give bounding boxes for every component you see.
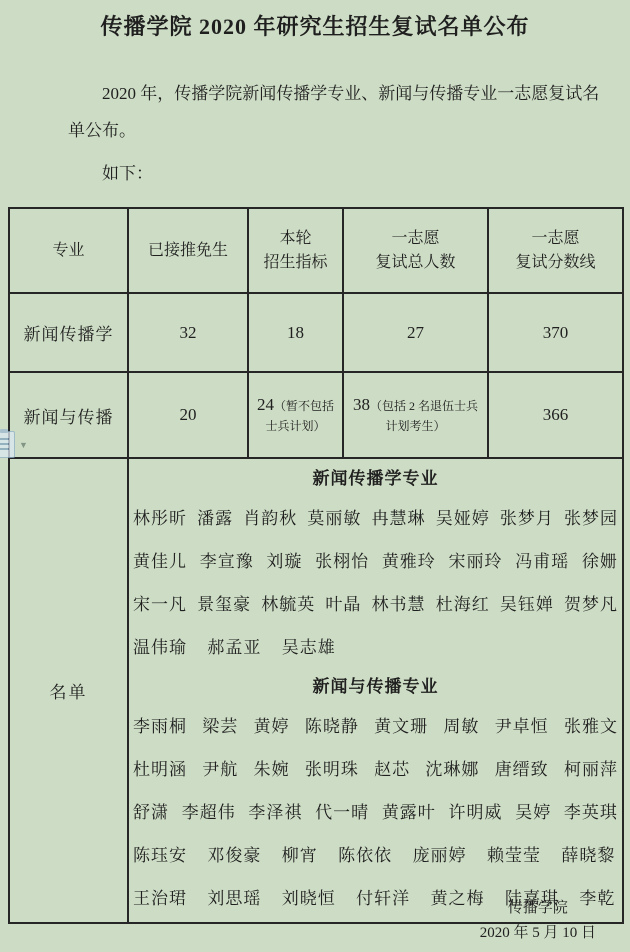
- person-name: 吴娅婷: [436, 497, 490, 540]
- col-header-accepted: 已接推免生: [128, 208, 248, 293]
- intro-follow-text: 如下：: [68, 159, 608, 189]
- person-name: 贺梦凡: [564, 583, 618, 626]
- person-name: 张梦月: [500, 497, 554, 540]
- person-name: 张明珠: [305, 748, 359, 791]
- person-name: 林书慧: [372, 583, 426, 626]
- document-page: { "page": { "background_color": "#cddcc4…: [0, 0, 630, 952]
- chevron-down-icon: ▼: [19, 440, 28, 450]
- person-name: 黄佳儿: [133, 540, 187, 583]
- person-name: 吴志雄: [282, 626, 336, 669]
- table-header-row: 专业 已接推免生 本轮 招生指标 一志愿 复试总人数 一志愿 复试分数线: [9, 208, 623, 293]
- col-header-score: 一志愿 复试分数线: [488, 208, 623, 293]
- person-name: 黄雅玲: [382, 540, 436, 583]
- person-name: 肖韵秋: [243, 497, 297, 540]
- person-name: 张栩怡: [315, 540, 369, 583]
- person-name: 叶晶: [325, 583, 361, 626]
- person-name: 沈琳娜: [425, 748, 479, 791]
- person-name: 李雨桐: [133, 705, 187, 748]
- table-row: 新闻与传播 20 24（暂不包括士兵计划） 38（包括 2 名退伍士兵计划考生）…: [9, 372, 623, 458]
- person-name: 冯甫瑶: [515, 540, 569, 583]
- person-name: 宋一凡: [133, 583, 187, 626]
- person-name: 徐姗: [582, 540, 618, 583]
- person-name: 吴钰婵: [500, 583, 554, 626]
- total-count: 38（包括 2 名退伍士兵计划考生）: [343, 372, 488, 458]
- person-name: 舒潇: [133, 791, 169, 834]
- person-name: 张雅文: [564, 705, 618, 748]
- person-name: 陈依依: [338, 834, 392, 877]
- person-name: 刘璇: [266, 540, 302, 583]
- accepted-count: 32: [128, 293, 248, 372]
- name-line: 黄佳儿李宣豫刘璇张栩怡黄雅玲宋丽玲冯甫瑶徐姗: [133, 540, 618, 583]
- person-name: 李英琪: [564, 791, 618, 834]
- person-name: 郝孟亚: [207, 626, 261, 669]
- name-line: 陈珏安邓俊豪柳宵陈依依庞丽婷赖莹莹薛晓黎: [133, 834, 618, 877]
- name-line: 温伟瑜郝孟亚吴志雄: [133, 626, 618, 669]
- person-name: 潘露: [197, 497, 233, 540]
- person-name: 李泽祺: [248, 791, 302, 834]
- table-row: 新闻传播学 32 18 27 370: [9, 293, 623, 372]
- person-name: 梁芸: [202, 705, 238, 748]
- person-name: 宋丽玲: [449, 540, 503, 583]
- person-name: 唐缙致: [495, 748, 549, 791]
- total-number: 38: [353, 395, 370, 414]
- admission-table: 专业 已接推免生 本轮 招生指标 一志愿 复试总人数 一志愿 复试分数线 新闻传…: [8, 207, 624, 924]
- section-title: 新闻传播学专业: [133, 461, 618, 497]
- person-name: 黄之梅: [431, 877, 485, 920]
- col-header-total: 一志愿 复试总人数: [343, 208, 488, 293]
- person-name: 薛晓黎: [561, 834, 615, 877]
- signature-org: 传播学院: [480, 896, 596, 921]
- person-name: 黄婷: [254, 705, 290, 748]
- name-list-row: 名单 新闻传播学专业林彤昕潘露肖韵秋莫丽敏冉慧琳吴娅婷张梦月张梦园黄佳儿李宣豫刘…: [9, 458, 623, 923]
- quota-count: 24（暂不包括士兵计划）: [248, 372, 343, 458]
- page-title: 传播学院 2020 年研究生招生复试名单公布: [6, 10, 624, 41]
- person-name: 黄文珊: [374, 705, 428, 748]
- person-name: 景玺豪: [197, 583, 251, 626]
- col-header-quota: 本轮 招生指标: [248, 208, 343, 293]
- person-name: 林毓英: [261, 583, 315, 626]
- name-line: 林彤昕潘露肖韵秋莫丽敏冉慧琳吴娅婷张梦月张梦园: [133, 497, 618, 540]
- person-name: 朱婉: [254, 748, 290, 791]
- accepted-count: 20: [128, 372, 248, 458]
- person-name: 张梦园: [564, 497, 618, 540]
- person-name: 温伟瑜: [133, 626, 187, 669]
- paste-options-button[interactable]: ▼: [0, 431, 28, 458]
- person-name: 林彤昕: [133, 497, 187, 540]
- intro-paragraph: 2020 年，传播学院新闻传播学专业、新闻与传播专业一志愿复试名单公布。: [68, 75, 608, 149]
- section-title: 新闻与传播专业: [133, 669, 618, 705]
- person-name: 尹卓恒: [495, 705, 549, 748]
- person-name: 陈晓静: [305, 705, 359, 748]
- person-name: 许明威: [449, 791, 503, 834]
- person-name: 黄露叶: [382, 791, 436, 834]
- person-name: 赵芯: [374, 748, 410, 791]
- name-sections: 新闻传播学专业林彤昕潘露肖韵秋莫丽敏冉慧琳吴娅婷张梦月张梦园黄佳儿李宣豫刘璇张栩…: [128, 458, 623, 923]
- person-name: 莫丽敏: [307, 497, 361, 540]
- score-line: 370: [488, 293, 623, 372]
- signature-block: 传播学院 2020 年 5 月 10 日: [480, 896, 596, 946]
- major-name: 新闻传播学: [9, 293, 128, 372]
- person-name: 柯丽萍: [564, 748, 618, 791]
- person-name: 陈珏安: [133, 834, 187, 877]
- name-line: 舒潇李超伟李泽祺代一晴黄露叶许明威吴婷李英琪: [133, 791, 618, 834]
- person-name: 冉慧琳: [372, 497, 426, 540]
- person-name: 刘思瑶: [207, 877, 261, 920]
- person-name: 李宣豫: [200, 540, 254, 583]
- person-name: 王治珺: [133, 877, 187, 920]
- total-note: （包括 2 名退伍士兵计划考生）: [370, 399, 478, 433]
- quota-note: （暂不包括士兵计划）: [265, 399, 334, 433]
- person-name: 柳宵: [282, 834, 318, 877]
- person-name: 吴婷: [515, 791, 551, 834]
- person-name: 尹航: [202, 748, 238, 791]
- person-name: 周敏: [443, 705, 479, 748]
- person-name: 杜海红: [436, 583, 490, 626]
- name-line: 宋一凡景玺豪林毓英叶晶林书慧杜海红吴钰婵贺梦凡: [133, 583, 618, 626]
- name-line: 李雨桐梁芸黄婷陈晓静黄文珊周敏尹卓恒张雅文: [133, 705, 618, 748]
- list-label: 名单: [9, 458, 128, 923]
- person-name: 付轩洋: [356, 877, 410, 920]
- person-name: 代一晴: [315, 791, 369, 834]
- person-name: 刘晓恒: [282, 877, 336, 920]
- signature-date: 2020 年 5 月 10 日: [480, 921, 596, 946]
- col-header-major: 专业: [9, 208, 128, 293]
- person-name: 李超伟: [182, 791, 236, 834]
- person-name: 庞丽婷: [413, 834, 467, 877]
- quota-count: 18: [248, 293, 343, 372]
- person-name: 杜明涵: [133, 748, 187, 791]
- total-count: 27: [343, 293, 488, 372]
- quota-number: 24: [257, 395, 274, 414]
- clipboard-icon: [0, 431, 15, 458]
- person-name: 邓俊豪: [207, 834, 261, 877]
- score-line: 366: [488, 372, 623, 458]
- name-line: 杜明涵尹航朱婉张明珠赵芯沈琳娜唐缙致柯丽萍: [133, 748, 618, 791]
- person-name: 赖莹莹: [487, 834, 541, 877]
